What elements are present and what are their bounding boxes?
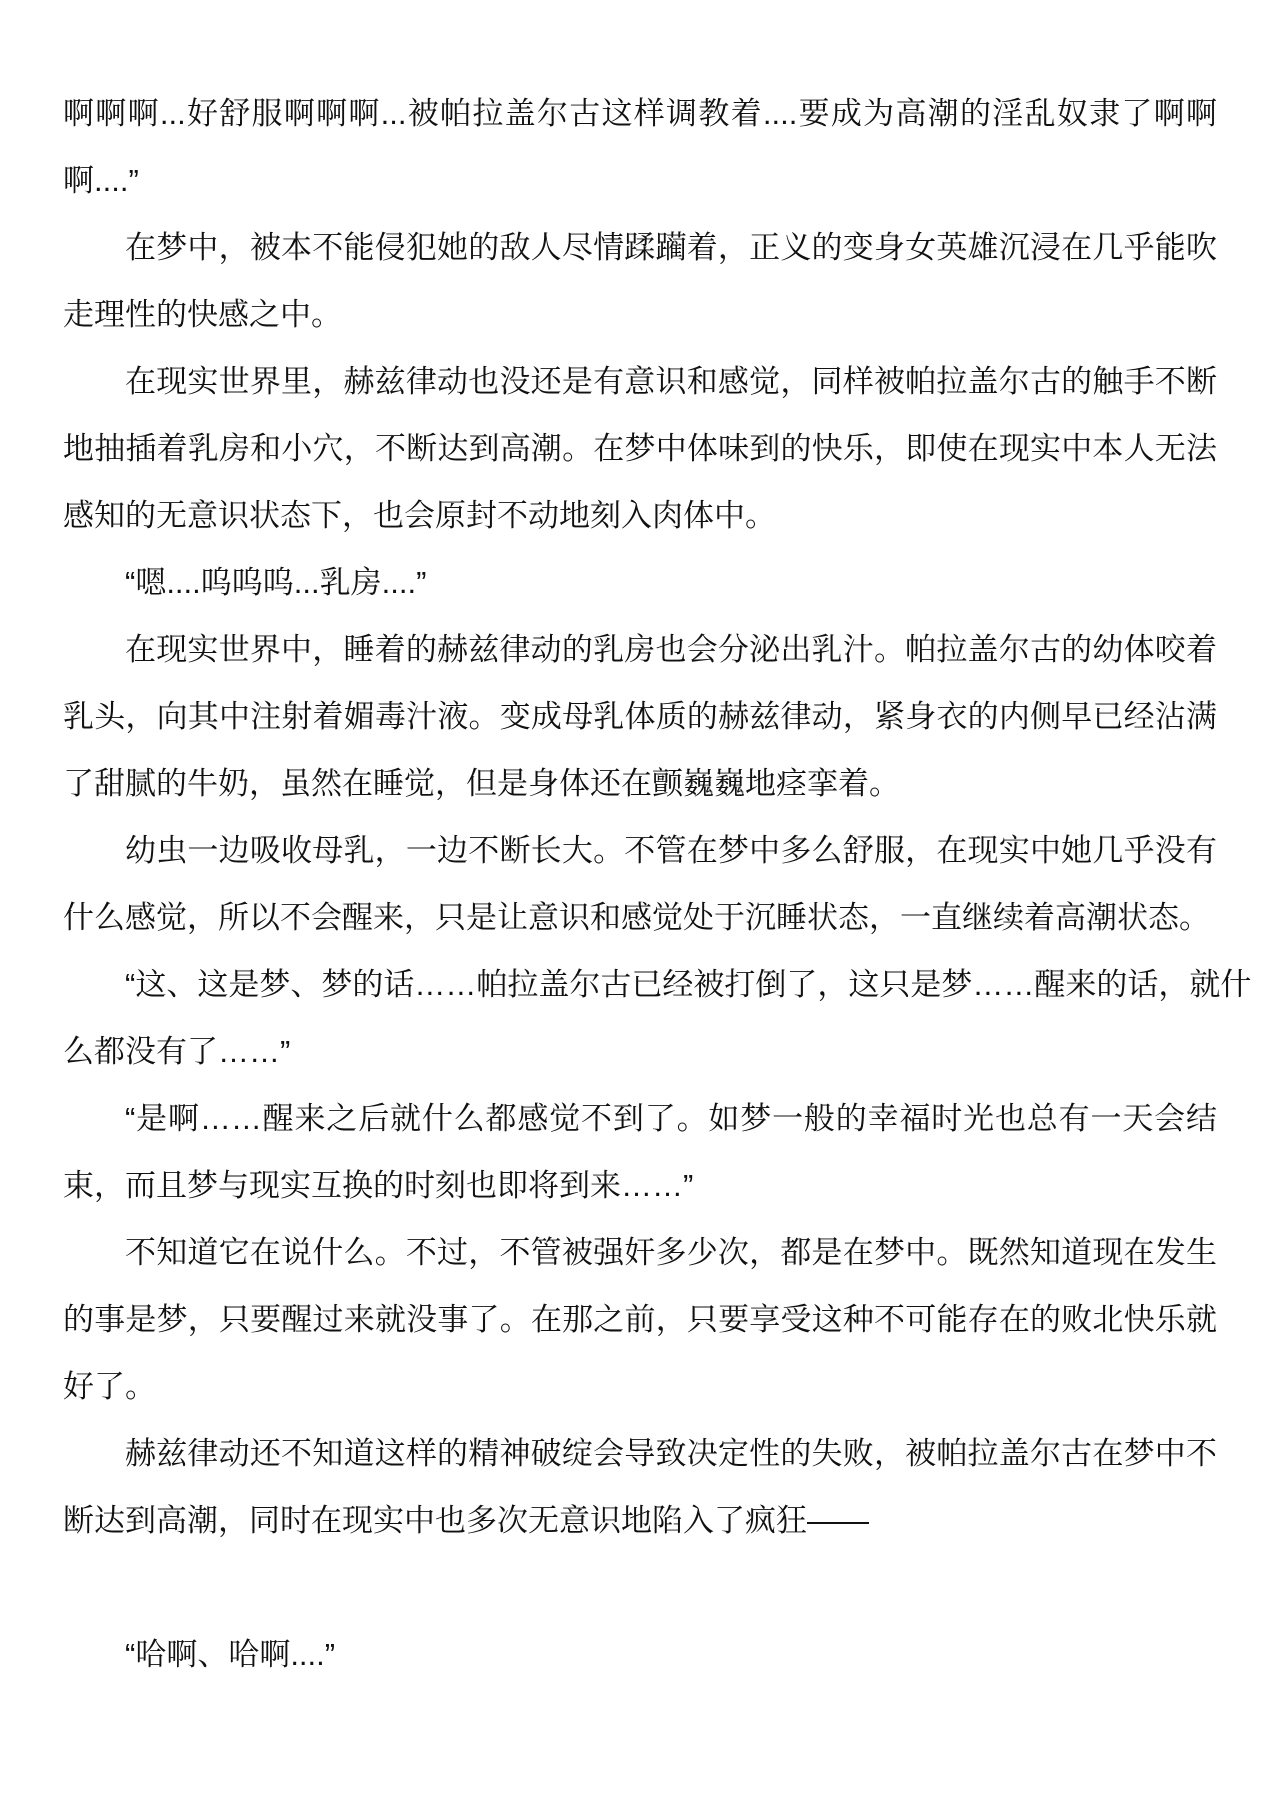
text-line: 乳头，向其中注射着媚毒汁液。变成母乳体质的赫兹律动，紧身衣的内侧早已经沾满 bbox=[63, 683, 1217, 750]
text-line: 的事是梦，只要醒过来就没事了。在那之前，只要享受这种不可能存在的败北快乐就 bbox=[63, 1286, 1217, 1353]
blank-line bbox=[63, 1554, 1217, 1621]
paragraph: 幼虫一边吸收母乳，一边不断长大。不管在梦中多么舒服，在现实中她几乎没有什么感觉，… bbox=[63, 817, 1217, 951]
text-line: 不知道它在说什么。不过，不管被强奸多少次，都是在梦中。既然知道现在发生 bbox=[63, 1219, 1217, 1286]
text-line: 啊啊啊...好舒服啊啊啊...被帕拉盖尔古这样调教着....要成为高潮的淫乱奴隶… bbox=[63, 80, 1217, 147]
paragraph: 不知道它在说什么。不过，不管被强奸多少次，都是在梦中。既然知道现在发生的事是梦，… bbox=[63, 1219, 1217, 1420]
text-line: 走理性的快感之中。 bbox=[63, 281, 1217, 348]
text-line: 断达到高潮，同时在现实中也多次无意识地陷入了疯狂—— bbox=[63, 1487, 1217, 1554]
text-line: 幼虫一边吸收母乳，一边不断长大。不管在梦中多么舒服，在现实中她几乎没有 bbox=[63, 817, 1217, 884]
text-line: 在现实世界里，赫兹律动也没还是有意识和感觉，同样被帕拉盖尔古的触手不断 bbox=[63, 348, 1217, 415]
paragraph: “是啊……醒来之后就什么都感觉不到了。如梦一般的幸福时光也总有一天会结束，而且梦… bbox=[63, 1085, 1217, 1219]
blank-paragraph bbox=[63, 1554, 1217, 1621]
text-line: 什么感觉，所以不会醒来，只是让意识和感觉处于沉睡状态，一直继续着高潮状态。 bbox=[63, 884, 1217, 951]
text-line: 赫兹律动还不知道这样的精神破绽会导致决定性的失败，被帕拉盖尔古在梦中不 bbox=[63, 1420, 1217, 1487]
text-line: 感知的无意识状态下，也会原封不动地刻入肉体中。 bbox=[63, 482, 1217, 549]
text-line: 么都没有了……” bbox=[63, 1018, 1217, 1085]
text-line: “嗯....呜呜呜...乳房....” bbox=[63, 549, 1217, 616]
paragraph: 在现实世界中，睡着的赫兹律动的乳房也会分泌出乳汁。帕拉盖尔古的幼体咬着乳头，向其… bbox=[63, 616, 1217, 817]
text-line: “是啊……醒来之后就什么都感觉不到了。如梦一般的幸福时光也总有一天会结 bbox=[63, 1085, 1217, 1152]
text-line: 好了。 bbox=[63, 1353, 1217, 1420]
text-line: 啊....” bbox=[63, 147, 1217, 214]
document-page: 啊啊啊...好舒服啊啊啊...被帕拉盖尔古这样调教着....要成为高潮的淫乱奴隶… bbox=[0, 0, 1280, 1810]
paragraph: 在梦中，被本不能侵犯她的敌人尽情蹂躏着，正义的变身女英雄沉浸在几乎能吹走理性的快… bbox=[63, 214, 1217, 348]
paragraph: “哈啊、哈啊....” bbox=[63, 1621, 1217, 1688]
paragraph: 啊啊啊...好舒服啊啊啊...被帕拉盖尔古这样调教着....要成为高潮的淫乱奴隶… bbox=[63, 80, 1217, 214]
text-line: 束，而且梦与现实互换的时刻也即将到来……” bbox=[63, 1152, 1217, 1219]
text-line: 在梦中，被本不能侵犯她的敌人尽情蹂躏着，正义的变身女英雄沉浸在几乎能吹 bbox=[63, 214, 1217, 281]
text-body: 啊啊啊...好舒服啊啊啊...被帕拉盖尔古这样调教着....要成为高潮的淫乱奴隶… bbox=[63, 80, 1217, 1688]
paragraph: 赫兹律动还不知道这样的精神破绽会导致决定性的失败，被帕拉盖尔古在梦中不断达到高潮… bbox=[63, 1420, 1217, 1554]
text-line: “哈啊、哈啊....” bbox=[63, 1621, 1217, 1688]
paragraph: “这、这是梦、梦的话……帕拉盖尔古已经被打倒了，这只是梦……醒来的话，就什么都没… bbox=[63, 951, 1217, 1085]
paragraph: 在现实世界里，赫兹律动也没还是有意识和感觉，同样被帕拉盖尔古的触手不断地抽插着乳… bbox=[63, 348, 1217, 549]
paragraph: “嗯....呜呜呜...乳房....” bbox=[63, 549, 1217, 616]
text-line: 地抽插着乳房和小穴，不断达到高潮。在梦中体味到的快乐，即使在现实中本人无法 bbox=[63, 415, 1217, 482]
text-line: “这、这是梦、梦的话……帕拉盖尔古已经被打倒了，这只是梦……醒来的话，就什 bbox=[63, 951, 1217, 1018]
text-line: 在现实世界中，睡着的赫兹律动的乳房也会分泌出乳汁。帕拉盖尔古的幼体咬着 bbox=[63, 616, 1217, 683]
text-line: 了甜腻的牛奶，虽然在睡觉，但是身体还在颤巍巍地痉挛着。 bbox=[63, 750, 1217, 817]
